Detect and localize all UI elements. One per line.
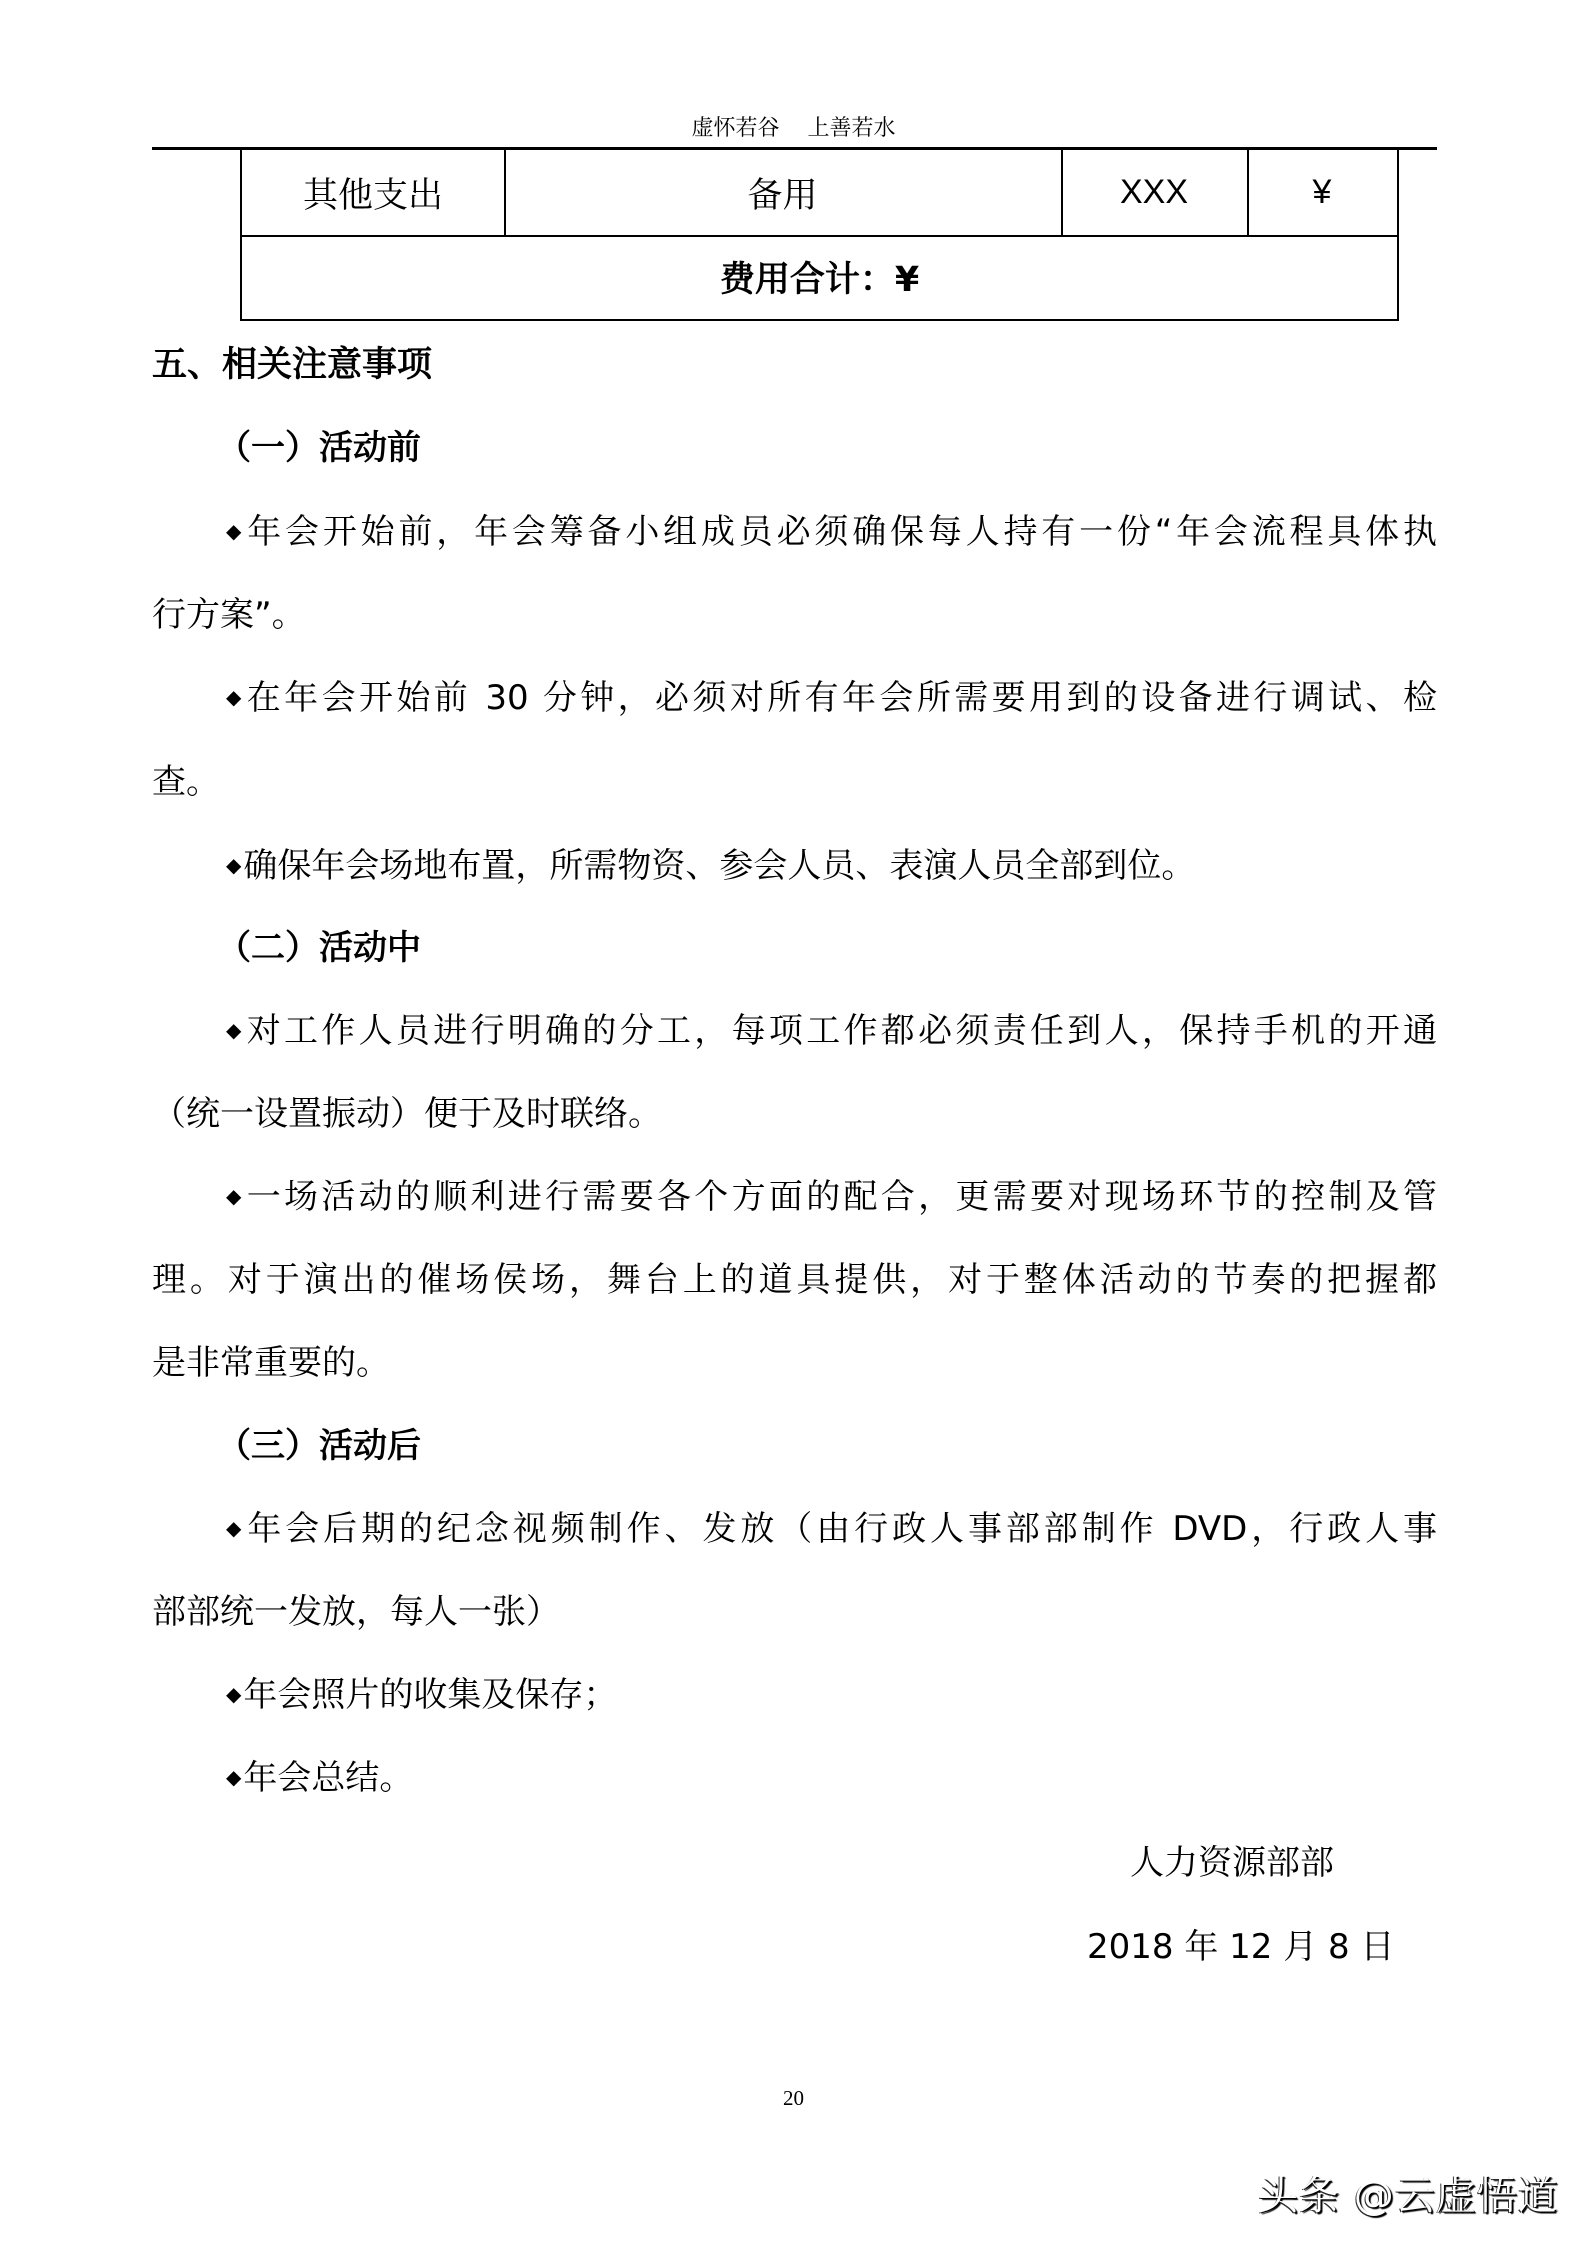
diamond-bullet-icon: ◆ (226, 519, 245, 543)
list-item-continuation: 查。 (152, 740, 1437, 824)
diamond-bullet-icon: ◆ (226, 1765, 241, 1789)
subsection-title-during: （二）活动中 (217, 906, 1437, 990)
running-header: 虚怀若谷上善若水 (0, 112, 1587, 146)
signature-date: 2018 年 12 月 8 日 (1087, 1922, 1394, 1972)
diamond-bullet-icon: ◆ (226, 853, 241, 877)
list-item: ◆在年会开始前 30 分钟，必须对所有年会所需要用到的设备进行调试、检 (226, 656, 1437, 740)
section-title: 五、相关注意事项 (152, 323, 1437, 407)
diamond-bullet-icon: ◆ (226, 1184, 245, 1208)
list-item: ◆年会开始前，年会筹备小组成员必须确保每人持有一份“年会流程具体执 (226, 490, 1437, 574)
diamond-bullet-icon: ◆ (226, 1018, 245, 1042)
subsection-title-after: （三）活动后 (217, 1404, 1437, 1488)
header-left-phrase: 虚怀若谷 (691, 116, 779, 141)
subsection-title-before: （一）活动前 (217, 406, 1437, 490)
cell-item: 其他支出 (240, 150, 506, 237)
list-item: ◆年会后期的纪念视频制作、发放（由行政人事部部制作 DVD，行政人事 (226, 1487, 1437, 1571)
list-item-continuation: 部部统一发放，每人一张） (152, 1570, 1437, 1654)
header-right-phrase: 上善若水 (808, 116, 896, 141)
page-number: 20 (0, 2086, 1587, 2111)
list-item: ◆确保年会场地布置，所需物资、参会人员、表演人员全部到位。 (226, 824, 1437, 908)
cell-amount: ¥ (1247, 150, 1399, 237)
diamond-bullet-icon: ◆ (226, 1516, 245, 1540)
list-item-continuation: （统一设置振动）便于及时联络。 (152, 1072, 1437, 1156)
list-item-continuation: 理。对于演出的催场侯场，舞台上的道具提供，对于整体活动的节奏的把握都 (152, 1238, 1437, 1322)
list-item-continuation: 是非常重要的。 (152, 1321, 1437, 1405)
cell-quantity: XXX (1061, 150, 1249, 237)
signature-department: 人力资源部部 (1130, 1838, 1334, 1888)
diamond-bullet-icon: ◆ (226, 1682, 241, 1706)
watermark: 头条 @云虚悟道 (1258, 2164, 1559, 2221)
total-cost-cell: 费用合计：¥ (240, 235, 1399, 321)
list-item: ◆年会总结。 (226, 1736, 1437, 1820)
list-item: ◆一场活动的顺利进行需要各个方面的配合，更需要对现场环节的控制及管 (226, 1155, 1437, 1239)
expense-table: 其他支出 备用 XXX ¥ 费用合计：¥ (240, 150, 1399, 321)
list-item: ◆年会照片的收集及保存； (226, 1653, 1437, 1737)
cell-description: 备用 (504, 150, 1063, 237)
diamond-bullet-icon: ◆ (226, 685, 245, 709)
list-item-continuation: 行方案”。 (152, 573, 1437, 657)
list-item: ◆对工作人员进行明确的分工，每项工作都必须责任到人，保持手机的开通 (226, 989, 1437, 1073)
